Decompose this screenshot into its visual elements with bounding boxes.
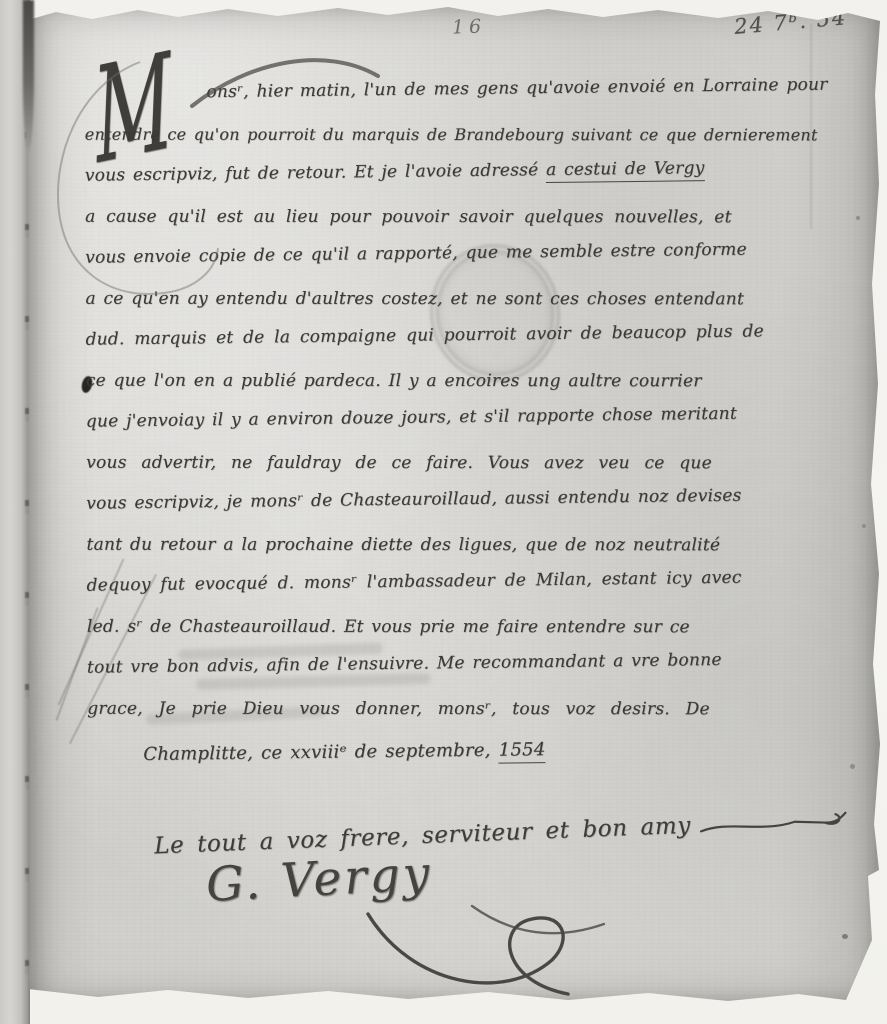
manuscript-line: grace, Je prie Dieu vous donner, monsʳ, … (87, 699, 862, 741)
initial-flourish (44, 40, 384, 300)
closing-flourish (698, 809, 849, 841)
manuscript-scan: 16 24 7ᵇ. 54 M onsʳ, hier matin, l'un de… (0, 0, 887, 1024)
folio-number: 16 (452, 15, 487, 38)
manuscript-page: 16 24 7ᵇ. 54 M onsʳ, hier matin, l'un de… (28, 4, 880, 1004)
manuscript-line: dud. marquis et de la compaigne qui pour… (85, 320, 860, 370)
archival-date-note: 24 7ᵇ. 54 (733, 5, 848, 39)
line-text: Champlitte, ce xxviiiᵉ de septembre, (143, 740, 499, 765)
underlined-phrase: a cestui de Vergy (546, 158, 705, 183)
manuscript-line: dequoy fut evocqué d. monsʳ l'ambassadeu… (86, 566, 861, 616)
manuscript-line: vous escripviz, je monsʳ de Chasteauroil… (86, 484, 861, 534)
manuscript-line: Champlitte, ce xxviiiᵉ de septembre, 155… (87, 735, 862, 785)
manuscript-line: que j'envoiay il y a environ douze jours… (86, 402, 861, 452)
underlined-phrase: 1554 (499, 739, 546, 764)
signature-block: G. Vergy (206, 852, 432, 907)
paper-speck (842, 934, 848, 939)
signature-flourish (354, 898, 624, 1018)
manuscript-line: tout vre bon advis, afin de l'ensuivre. … (87, 648, 862, 698)
paper-speck (862, 524, 866, 528)
page-edge-shadow (23, 0, 34, 150)
gutter-crease (25, 40, 29, 980)
